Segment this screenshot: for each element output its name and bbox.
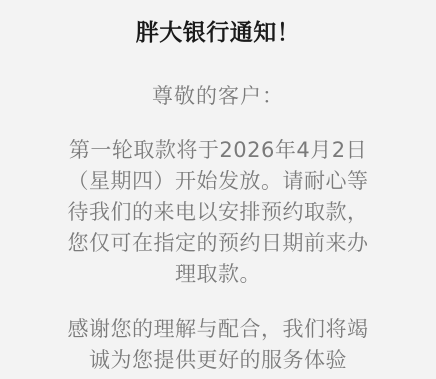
paragraph-line: 第一轮取款将于2026年4月2日 xyxy=(36,135,400,166)
paragraph-line: 您仅可在指定的预约日期前来办 xyxy=(36,228,400,259)
bank-notice: 胖大银行通知！ 尊敬的客户： 第一轮取款将于2026年4月2日 （星期四）开始发… xyxy=(0,0,436,379)
notice-paragraph-thanks: 感谢您的理解与配合，我们将竭 诚为您提供更好的服务体验 xyxy=(36,314,400,376)
notice-greeting: 尊敬的客户： xyxy=(0,80,436,110)
paragraph-line: 待我们的来电以安排预约取款， xyxy=(36,197,400,228)
notice-title: 胖大银行通知！ xyxy=(0,14,436,47)
paragraph-line: 感谢您的理解与配合，我们将竭 xyxy=(36,314,400,345)
paragraph-line: 诚为您提供更好的服务体验 xyxy=(36,345,400,376)
paragraph-line: （星期四）开始发放。请耐心等 xyxy=(36,166,400,197)
paragraph-line: 理取款。 xyxy=(36,259,400,290)
notice-paragraph-withdrawal: 第一轮取款将于2026年4月2日 （星期四）开始发放。请耐心等 待我们的来电以安… xyxy=(36,135,400,290)
